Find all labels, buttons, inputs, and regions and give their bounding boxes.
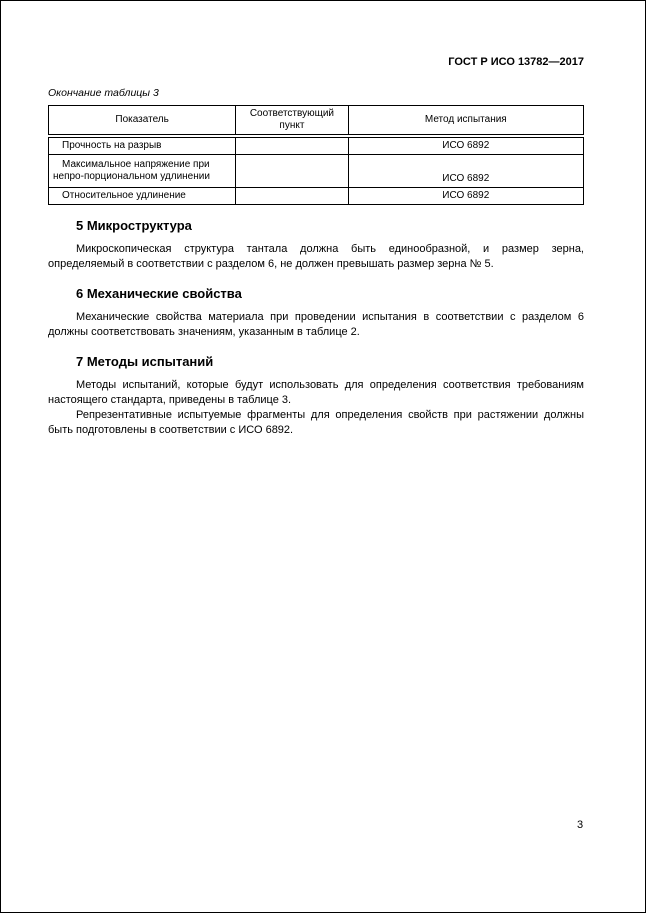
section-heading: 5 Микроструктура: [76, 218, 584, 233]
column-header-method: Метод испытания: [348, 106, 583, 137]
section-test-methods: 7 Методы испытаний Методы испытаний, кот…: [48, 354, 584, 438]
indicator-cell: Максимальное напряжение при непро-порцио…: [49, 155, 236, 188]
section-paragraph: Микроскопическая структура тантала должн…: [48, 242, 584, 272]
document-page: ГОСТ Р ИСО 13782—2017 Окончание таблицы …: [0, 0, 646, 913]
column-header-clause: Соответствующий пункт: [236, 106, 348, 137]
table-row: Максимальное напряжение при непро-порцио…: [49, 155, 584, 188]
method-cell: ИСО 6892: [348, 155, 583, 188]
section-paragraph: Методы испытаний, которые будут использо…: [48, 378, 584, 408]
page-number: 3: [573, 819, 587, 832]
method-cell: ИСО 6892: [348, 188, 583, 205]
section-heading: 6 Механические свойства: [76, 286, 584, 301]
section-microstructure: 5 Микроструктура Микроскопическая структ…: [48, 218, 584, 272]
section-heading: 7 Методы испытаний: [76, 354, 584, 369]
table-header-row: Показатель Соответствующий пункт Метод и…: [49, 106, 584, 137]
section-mechanical-properties: 6 Механические свойства Механические сво…: [48, 286, 584, 340]
section-paragraph: Механические свойства материала при пров…: [48, 310, 584, 340]
indicator-cell: Относительное удлинение: [49, 188, 236, 205]
page-content: ГОСТ Р ИСО 13782—2017 Окончание таблицы …: [48, 56, 584, 438]
section-paragraph: Репрезентативные испытуемые фрагменты дл…: [48, 408, 584, 438]
indicator-cell: Прочность на разрыв: [49, 136, 236, 155]
clause-cell: [236, 155, 348, 188]
table-caption: Окончание таблицы 3: [48, 87, 584, 100]
clause-cell: [236, 136, 348, 155]
document-header: ГОСТ Р ИСО 13782—2017: [48, 56, 584, 69]
column-header-indicator: Показатель: [49, 106, 236, 137]
method-cell: ИСО 6892: [348, 136, 583, 155]
table-row: Относительное удлинение ИСО 6892: [49, 188, 584, 205]
clause-cell: [236, 188, 348, 205]
test-methods-table: Показатель Соответствующий пункт Метод и…: [48, 105, 584, 205]
table-row: Прочность на разрыв ИСО 6892: [49, 136, 584, 155]
